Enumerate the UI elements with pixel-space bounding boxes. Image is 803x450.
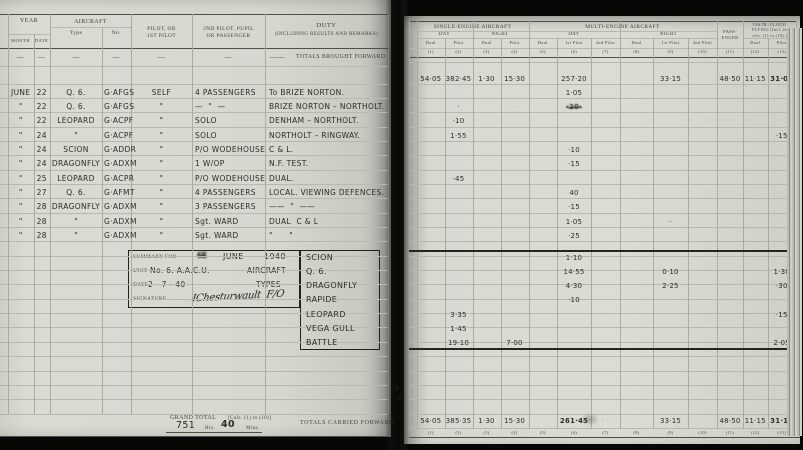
ruled-line [0,198,388,199]
time-value: 19·10 [445,338,473,348]
log-entry-type: Q. 6. [50,102,102,112]
log-entry-pilot: " [131,159,192,169]
time-value: 2·25 [653,281,688,291]
ruled-line [8,34,50,35]
log-entry-pilot: " [131,174,192,184]
log-entry-month: " [8,145,34,155]
log-entry-duty: DUAL C & L [269,217,387,227]
column-line [653,38,654,429]
aircraft-type: BATTLE [306,338,338,348]
column-line [591,38,592,429]
log-entry-duty: DENHAM – NORTHOLT. [269,116,387,126]
ruled-line [409,170,796,171]
column-number: (1) [417,50,445,55]
ruled-line [0,414,388,415]
log-entry-second: SOLO [195,116,265,126]
ruled-line [409,399,796,400]
column-number: (10) [688,50,717,55]
log-entry-duty: BRIZE NORTON – NORTHOLT. [269,102,387,112]
brought-forward-dash: — [131,53,192,61]
ruled-line [409,428,796,429]
time-value: ·10 [557,145,591,155]
log-entry-duty: " " [269,231,387,241]
single-day-header: DAY [417,32,472,38]
column-line [688,38,689,429]
column-number: (5) [529,50,558,55]
log-entry-month: " [8,102,34,112]
aircraft-type: VEGA GULL [306,324,355,334]
totals-carried-forward-label: TOTALS CARRIED FORWARD [300,420,394,427]
column-number: (8) [620,431,653,436]
column-number: (10) [688,431,717,436]
log-entry-duty: —— " —— [269,202,387,212]
ruled-line [0,399,388,400]
time-value: 0·10 [653,267,688,277]
date-header: DATE [33,38,50,43]
log-entry-month: " [8,231,34,241]
log-entry-date: 24 [34,131,51,141]
column-line [445,38,446,429]
log-entry-pilot: " [131,116,192,126]
column-number: (1) [417,431,445,436]
log-entry-second: — " — [195,102,265,112]
single-night-header: NIGHT [472,32,528,38]
time-value: 1·45 [445,324,473,334]
log-entry-date: 28 [34,217,51,227]
column-line [192,14,193,414]
column-line [409,21,410,429]
log-entry-type: Q. 6. [50,88,102,98]
time-value: 1·10 [557,253,591,263]
aircraft-type: LEOPARD [306,310,346,320]
time-value: 15·30 [501,416,529,426]
log-entry-pilot: SELF [131,88,192,98]
time-value: 1·05 [557,88,591,98]
column-sublabel: Pilot [445,41,473,46]
ruled-line [409,62,796,63]
time-value: 1·30 [473,74,501,84]
column-sublabel: 1st Pilot [653,41,688,46]
ruled-line [409,227,796,228]
time-value: 385·35 [445,416,473,426]
summary-top-rule [409,250,796,252]
ruled-line [0,385,388,386]
log-entry-date: 24 [34,145,51,155]
log-entry-no: G·AFMT [104,188,131,198]
time-value: 7·00 [501,338,529,348]
column-sublabel: 2nd Pilot [591,41,620,46]
log-entry-month: " [8,188,34,198]
ruled-line [409,299,796,300]
time-value: 15·30 [501,74,529,84]
time-value: 40 [557,188,591,198]
log-entry-date: 28 [34,231,51,241]
column-line [620,21,621,429]
ruled-line [409,141,796,142]
log-entry-duty: DUAL. [269,174,387,184]
column-sublabel: 1st Pilot [557,41,591,46]
time-value: · · [501,102,529,112]
binding-mark [395,386,399,391]
ruled-line [0,213,388,214]
time-value: ·45 [445,174,473,184]
log-entry-duty: N.F. TEST. [269,159,387,169]
column-sublabel: Dual [529,41,558,46]
column-number: (11) [717,50,743,55]
log-entry-second: 3 PASSENGERS [195,202,265,212]
time-value: 14·55 [557,267,591,277]
hrs-label: Hrs. [205,426,215,432]
year-header: YEAR [8,18,50,25]
column-line [8,14,9,414]
type-header: Type [50,30,102,36]
column-number: (4) [501,50,529,55]
column-number: (7) [591,50,620,55]
ruled-line [409,112,796,113]
column-number: (12) [743,50,768,55]
multi-engine-header: MULTI-ENGINE AIRCRAFT [528,24,717,30]
ruled-line [409,385,796,386]
time-value: 1·55 [445,131,473,141]
log-entry-no: G·ACPF [104,116,131,126]
ruled-line [0,127,388,128]
log-entry-pilot: " [131,145,192,155]
time-value: ·15 [557,159,591,169]
ruled-line [409,371,796,372]
grand-total-hours: 751 [176,421,195,431]
ruled-line [409,155,796,156]
ruled-line [0,436,388,437]
log-entry-second: 1 W/OP [195,159,265,169]
ruled-line [417,31,717,32]
page-stack-edge [787,28,802,436]
log-entry-month: " [8,159,34,169]
ruled-line [50,27,131,28]
time-value: ·15 [557,202,591,212]
column-number: (12) [743,431,768,436]
log-entry-date: 22 [34,116,51,126]
time-value: 3·35 [445,310,473,320]
time-value: ·10 [557,295,591,305]
log-entry-type: Q. 6. [50,188,102,198]
column-number: (3) [473,50,501,55]
ruled-line [0,227,388,228]
log-entry-second: Sgt. WARD [195,217,265,227]
ruled-line [0,14,388,15]
pilot-header-line2: 1ST PILOT [131,33,192,39]
log-entry-pilot: " [131,188,192,198]
ruled-line [0,241,388,242]
multi-day-header: DAY [528,32,620,38]
brought-forward-dash: — [102,53,131,61]
column-number: (4) [501,431,529,436]
column-number: (2) [445,50,473,55]
book-binding [385,0,409,450]
log-entry-month: " [8,174,34,184]
log-entry-type: " [50,131,102,141]
log-entry-date: 28 [34,202,51,212]
log-entry-type: LEOPARD [50,116,102,126]
time-value: 48·50 [717,416,743,426]
second-pilot-header-line1: 2ND PILOT, PUPIL [192,26,265,32]
time-value: 382·45 [445,74,473,84]
ruled-line [409,356,796,357]
column-number: (9) [653,50,688,55]
log-entry-no: G·ADXM [104,231,131,241]
aircraft-type: DRAGONFLY [306,281,357,291]
time-value: ·10 [445,116,473,126]
ruled-line [409,127,796,128]
ruled-line [0,66,388,67]
time-value: 4·30 [557,281,591,291]
log-entry-date: 22 [34,102,51,112]
log-entry-duty: NORTHOLT – RINGWAY. [269,131,387,141]
log-entry-no: G·ACPR [104,174,131,184]
log-entry-type: " [50,231,102,241]
no-header: No. [102,30,131,36]
log-entry-pilot: " [131,102,192,112]
log-entry-pilot: " [131,217,192,227]
binding-mark [397,395,401,400]
ruled-line [409,437,800,438]
column-sublabel: Dual [620,41,653,46]
column-line [131,14,132,414]
ruled-line [409,98,796,99]
ruled-line [0,270,388,271]
column-line [529,21,530,429]
brought-forward-dash: — [192,53,265,61]
ruled-line [0,356,388,357]
pilot-header-line1: PILOT, OR [131,26,192,32]
ruled-line [0,98,388,99]
log-entry-second: P/O WODEHOUSE [195,174,265,184]
brought-forward-dash: — [33,53,50,61]
ruled-line [0,112,388,113]
aircraft-type: SCION [306,253,333,263]
log-entry-no: G·ADXM [104,202,131,212]
ruled-line [417,38,717,39]
brought-forward-dashes: —— [270,53,292,61]
log-entry-date: 22 [34,88,51,98]
log-entry-duty: To BRIZE NORTON. [269,88,387,98]
ruled-line [0,84,388,85]
ruled-line [409,284,796,285]
column-number: (2) [445,431,473,436]
ruled-line [0,371,388,372]
time-value: 11·15 [743,74,768,84]
column-number: (5) [529,431,558,436]
time-value: 261·45 [557,416,591,426]
ruled-line [0,48,388,49]
ruled-line [409,184,796,185]
log-entry-month: " [8,202,34,212]
column-number: (9) [653,431,688,436]
log-entry-date: 25 [34,174,51,184]
time-value: 48·50 [717,74,743,84]
log-entry-month: " [8,131,34,141]
log-entry-no: G·ADDR [104,145,131,155]
column-sublabel: Dual [743,41,768,46]
column-sublabel: Dual [473,41,501,46]
summary-year: 1940 [264,252,286,262]
month-header: MONTH [8,38,33,43]
multi-night-header: NIGHT [620,32,717,38]
column-number: (11) [717,431,743,436]
ruled-line [409,57,796,58]
log-entry-pilot: " [131,231,192,241]
brought-forward-dash: — [50,53,102,61]
grand-total-rule [166,432,262,433]
aircraft-type: RAPIDE [306,295,337,305]
ruled-line [0,141,388,142]
column-line [768,38,769,429]
log-entry-type: DRAGONFLY [50,202,102,212]
log-entry-no: G·AFGS [104,88,131,98]
log-entry-no: G·ADXM [104,217,131,227]
column-sublabel: 2nd Pilot [688,41,717,46]
time-value: · · [591,416,620,426]
mins-label: Mins. [246,426,260,432]
log-entry-type: LEOPARD [50,174,102,184]
pilot-logbook-spread: YEAR MONTH DATE AIRCRAFT Type No. PILOT,… [0,0,803,450]
time-value: ~ [653,217,688,227]
time-value: 11·15 [743,416,768,426]
log-entry-month: " [8,116,34,126]
aircraft-type: Q. 6. [306,267,327,277]
brought-forward-dash: — [8,53,33,61]
log-entry-duty: C & L. [269,145,387,155]
time-value: 33·15 [653,416,688,426]
log-entry-no: G·ADXM [104,159,131,169]
time-value: 33·15 [653,74,688,84]
ruled-line [0,184,388,185]
column-number: (6) [557,50,591,55]
ruled-line [409,241,796,242]
unit-label: UNIT [133,268,147,274]
log-entry-pilot: " [131,202,192,212]
passenger-header-line2: ENGER [717,35,743,40]
ruled-line [409,84,796,85]
aircraft-header: AIRCRAFT [50,19,131,26]
duty-subheader: (INCLUDING RESULTS AND REMARKS) [265,32,388,38]
time-value: · [445,102,473,112]
column-sublabel: Dual [417,41,445,46]
column-number: (8) [620,50,653,55]
log-entry-date: 27 [34,188,51,198]
ruled-line [0,170,388,171]
column-number: (7) [591,431,620,436]
log-entry-second: SOLO [195,131,265,141]
log-entry-duty: LOCAL. VIEWING DEFENCES. [269,188,387,198]
column-number: (6) [557,431,591,436]
log-entry-pilot: " [131,131,192,141]
column-line [265,14,266,414]
column-line [501,38,502,429]
log-entry-month: JUNE [8,88,34,98]
ruled-line [409,198,796,199]
duty-header: DUTY [265,22,388,29]
time-value: 257·20 [557,74,591,84]
log-entry-month: " [8,217,34,227]
time-value: 54·05 [417,74,445,84]
log-entry-type: SCION [50,145,102,155]
ruled-line [409,21,796,22]
log-entry-second: P/O WODEHOUSE [195,145,265,155]
log-entry-second: 4 PASSENGERS [195,88,265,98]
log-entry-type: DRAGONFLY [50,159,102,169]
log-entry-second: Sgt. WARD [195,231,265,241]
ruled-line [0,155,388,156]
ruled-line [409,270,796,271]
column-line [50,14,51,414]
ruled-line [409,256,796,257]
time-value: ·25 [557,231,591,241]
time-value: 1·05 [557,217,591,227]
column-sublabel: Pilot [501,41,529,46]
column-line [102,27,103,414]
second-pilot-header-line2: OR PASSENGER [192,33,265,39]
passenger-header-line1: PASS- [717,29,743,34]
ruled-line [409,414,796,415]
log-entry-date: 24 [34,159,51,169]
time-value: ·20· [557,102,591,112]
column-number: (3) [473,431,501,436]
log-entry-no: G·ACPF [104,131,131,141]
time-value: 54·05 [417,416,445,426]
log-entry-no: G·AFGS [104,102,131,112]
summary-month: JUNE [223,252,244,262]
time-value: 1·30 [473,416,501,426]
log-entry-second: 4 PASSENGERS [195,188,265,198]
log-entry-type: " [50,217,102,227]
grand-total-minutes: 40 [221,420,235,430]
ruled-line [409,213,796,214]
totals-brought-forward-label: TOTALS BROUGHT FORWARD [296,54,385,61]
